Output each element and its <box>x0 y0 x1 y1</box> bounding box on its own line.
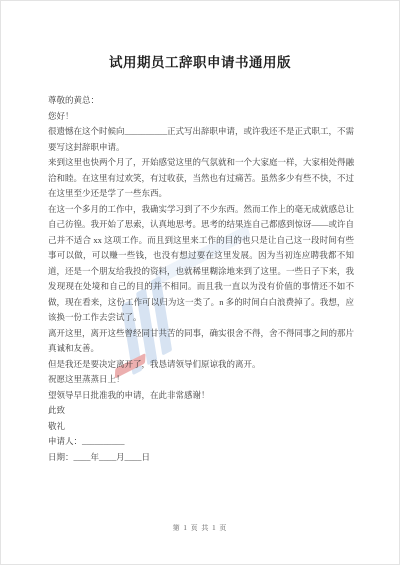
letter-paragraph: 但是我还是要决定离开了，我恳请领导们原谅我的离开。 <box>48 357 354 373</box>
page-number-footer: 第 1 页 共 1 页 <box>1 523 399 533</box>
letter-body: 尊敬的黄总： 您好！ 很遗憾在这个时候向__________正式写出辞职申请，或… <box>48 93 354 465</box>
letter-greeting: 您好！ <box>48 109 354 125</box>
date-line: 日期：____年____月____日 <box>48 450 354 466</box>
letter-salutation: 尊敬的黄总： <box>48 93 354 109</box>
letter-closing-zhici: 此致 <box>48 403 354 419</box>
letter-paragraph: 很遗憾在这个时候向__________正式写出辞职申请，或许我还不是正式职工，不… <box>48 124 354 155</box>
letter-paragraph: 来到这里也快两个月了，开始感觉这里的气氛就和一个大家庭一样，大家相处得融洽和睦。… <box>48 155 354 202</box>
letter-paragraph: 离开这里，离开这些曾经同甘共苦的同事，确实很舍不得，舍不得同事之间的那片真诚和友… <box>48 326 354 357</box>
letter-paragraph: 在这一个多月的工作中，我确实学习到了不少东西。然而工作上的毫无成就感总让自己彷徨… <box>48 202 354 326</box>
letter-paragraph: 望领导早日批准我的申请，在此非常感谢！ <box>48 388 354 404</box>
letter-paragraph: 祝愿这里蒸蒸日上！ <box>48 372 354 388</box>
document-title: 试用期员工辞职申请书通用版 <box>1 51 399 71</box>
document-page: 试用期员工辞职申请书通用版 尊敬的黄总： 您好！ 很遗憾在这个时候向______… <box>0 0 400 565</box>
letter-closing-jingli: 敬礼 <box>48 419 354 435</box>
signature-line: 申请人：__________ <box>48 434 354 450</box>
